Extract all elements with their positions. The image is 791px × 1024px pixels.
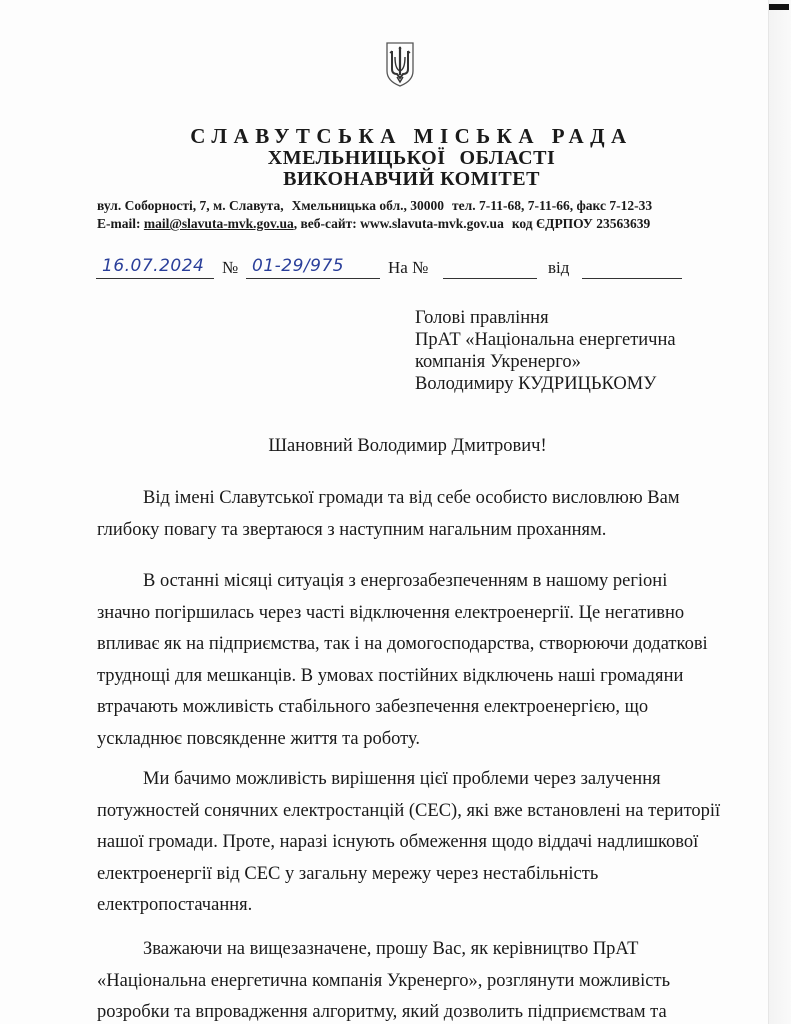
committee-name: ВИКОНАВЧИЙ КОМІТЕТ [0,168,791,191]
paragraph-line: Від імені Славутської громади та від себ… [97,483,757,515]
region-part2: ОБЛАСТІ [460,147,556,169]
paragraph-line: впливає як на підприємства, так і на дом… [97,629,757,661]
reply-to-label: На № [388,258,428,278]
paragraph-line: електроенергії від СЕС у загальну мережу… [97,859,757,891]
website: , веб-сайт: www.slavuta-mvk.gov.ua [294,216,504,231]
paragraph-line: ускладнює повсякденне життя та роботу. [97,724,757,756]
from-label: від [548,258,569,278]
address-line: вул. Соборності, 7, м. Славута,Хмельниць… [97,198,652,214]
paragraph-1: Від імені Славутської громади та від себ… [97,483,757,546]
address: вул. Соборності, 7, м. Славута, [97,198,284,213]
paragraph-2: В останні місяці ситуація з енергозабезп… [97,566,757,755]
paragraph-line: потужностей сонячних електростанцій (СЕС… [97,796,757,828]
paragraph-line: В останні місяці ситуація з енергозабезп… [97,566,757,598]
paragraph-line: розробки та впровадження алгоритму, який… [97,997,757,1024]
council-name: СЛАВУТСЬКА МІСЬКА РАДА [0,124,791,149]
region-part1: ХМЕЛЬНИЦЬКОЇ [268,147,446,169]
from-date-field [582,256,682,279]
number-field: 01-29/975 [246,256,380,279]
region-name: ХМЕЛЬНИЦЬКОЇОБЛАСТІ [0,147,791,170]
recipient-line: Володимиру КУДРИЦЬКОМУ [415,373,676,395]
paragraph-line: значно погіршилась через часті відключен… [97,598,757,630]
email-link[interactable]: mail@slavuta-mvk.gov.ua [144,216,294,231]
phones: тел. 7-11-68, 7-11-66, факс 7-12-33 [452,198,652,213]
address-region: Хмельницька обл., 30000 [292,198,444,213]
trident-coat-of-arms-icon [385,41,415,87]
email-label: E-mail: [97,216,141,231]
number-label: № [222,258,238,278]
date-field: 16.07.2024 [96,256,214,279]
edrpou-code: код ЄДРПОУ 23563639 [512,216,650,231]
paragraph-3: Ми бачимо можливість вирішення цієї проб… [97,764,757,922]
paragraph-line: труднощі для мешканців. В умовах постійн… [97,661,757,693]
handwritten-date: 16.07.2024 [102,256,204,276]
recipient-line: компанія Укренерго» [415,351,676,373]
paragraph-line: електропостачання. [97,890,757,922]
paragraph-4: Зважаючи на вищезазначене, прошу Вас, як… [97,934,757,1024]
recipient-block: Голові правління ПрАТ «Національна енерг… [415,307,676,395]
paragraph-line: глибоку повагу та звертаюся з наступним … [97,515,757,547]
paragraph-line: втрачають можливість стабільного забезпе… [97,692,757,724]
reply-to-number-field [443,256,537,279]
paragraph-line: нашої громади. Проте, наразі існують обм… [97,827,757,859]
paragraph-line: Зважаючи на вищезазначене, прошу Вас, як… [97,934,757,966]
handwritten-number: 01-29/975 [252,256,344,276]
contact-line: E-mail: mail@slavuta-mvk.gov.ua, веб-сай… [97,216,650,232]
paragraph-line: Ми бачимо можливість вирішення цієї проб… [97,764,757,796]
paragraph-line: «Національна енергетична компанія Укрене… [97,966,757,998]
recipient-line: Голові правління [415,307,676,329]
salutation: Шановний Володимир Дмитрович! [0,436,791,457]
recipient-line: ПрАТ «Національна енергетична [415,329,676,351]
scan-edge-mark [769,4,789,10]
letter-page: СЛАВУТСЬКА МІСЬКА РАДА ХМЕЛЬНИЦЬКОЇОБЛАС… [0,0,791,1024]
